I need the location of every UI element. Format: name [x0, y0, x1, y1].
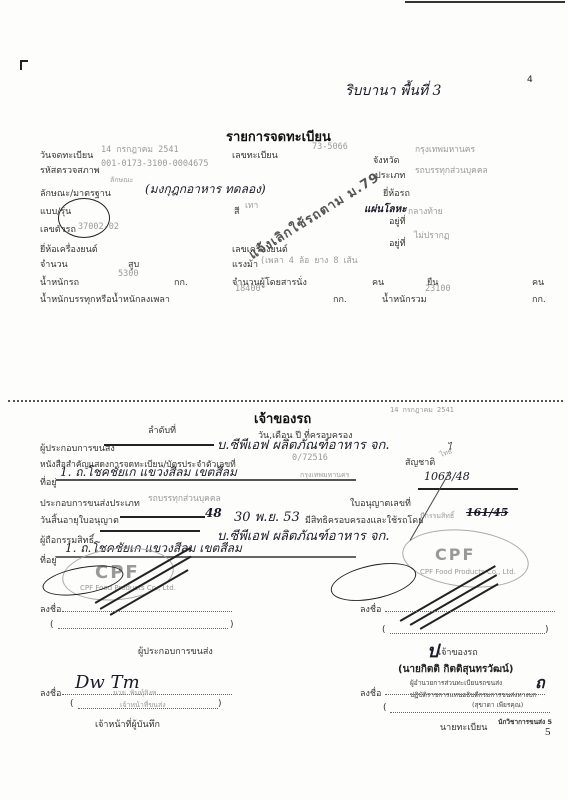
engine-location-label: อยู่ที่ — [389, 236, 406, 250]
officer-sign-label: ลงชื่อ — [40, 686, 61, 700]
owner-role: เจ้าของรถ — [438, 645, 478, 659]
operator-handwritten: บ.ซีพีเอฟ ผลิตภัณฑ์อาหาร จก. — [217, 434, 390, 455]
page-number: 5 — [545, 726, 551, 738]
sequence-label: ลำดับที่ — [148, 423, 176, 437]
engine-location: ไม่ปรากฏ — [414, 228, 449, 242]
vehicle-weight: 5300 — [118, 269, 138, 279]
standing-unit: คน — [532, 275, 544, 289]
character-handwritten: (มงกุฎกอาหาร ทดลอง) — [145, 180, 266, 199]
vehicle-weight-unit: กก. — [174, 275, 188, 289]
strike-line — [104, 444, 214, 446]
total-weight: 23100 — [425, 284, 451, 294]
nationality-label: สัญชาติ — [405, 455, 435, 469]
registrar-initial-mark: ถ — [535, 671, 545, 696]
section-separator — [8, 400, 563, 402]
province-label: จังหวัด — [373, 153, 400, 167]
vehicle-weight-label: น้ำหนักรถ — [40, 275, 79, 289]
owner-name-line[interactable] — [390, 633, 545, 634]
owner-name-paren: ( — [382, 625, 386, 635]
operation-type: รถบรรทุกส่วนบุคคล — [148, 491, 221, 505]
hand-circle — [58, 198, 110, 238]
owner-sign-label: ลงชื่อ — [360, 602, 381, 616]
address-printed: กรุงเทพมหานคร — [300, 470, 349, 481]
officer-position: เจ้าหน้าที่ขนส่ง — [120, 700, 166, 711]
license-no: 161/45 — [466, 506, 508, 519]
plate-number: 73-5066 — [312, 142, 348, 152]
owner-handwritten: บ.ซีพีเอฟ ผลิตภัณฑ์อาหาร จก. — [217, 525, 390, 546]
license-no-label: ใบอนุญาตเลขที่ — [350, 496, 411, 510]
expiry-strike — [120, 516, 205, 518]
registrar-role: นายทะเบียน — [440, 720, 487, 734]
province: กรุงเทพมหานคร — [415, 142, 475, 156]
count-label: จำนวน — [40, 257, 68, 271]
expiry-old: 48 — [205, 506, 222, 520]
corner-mark — [20, 60, 28, 70]
officer-name-paren: ( — [70, 699, 74, 709]
engine-brand-label: ยี่ห้อเครื่องยนต์ — [40, 242, 98, 256]
registrar-verify: (สุขาดา เพียรคุณ) — [472, 700, 523, 710]
registrar-name-paren: ( — [383, 703, 387, 713]
address-label: ที่อยู่ — [40, 475, 57, 489]
color-value: เทา — [245, 198, 258, 212]
license-underline — [418, 488, 518, 490]
signature-stroke — [420, 583, 499, 629]
officer-name: นาย พินทุ์สิงห — [113, 688, 156, 699]
owner-initial-mark: ป — [427, 636, 438, 665]
owner-sign-line[interactable] — [385, 611, 555, 612]
page-marker: 4 — [527, 75, 533, 85]
registrar-verify-position: นักวิชาการขนส่ง 5 — [498, 717, 552, 727]
owner-name-paren-close: ) — [545, 625, 549, 635]
stamp-text-right: CPF Food Products Co., Ltd. — [420, 568, 516, 576]
handwritten-header-note: ริบบานา พื้นที่ 3 — [345, 80, 441, 102]
officer-name-line[interactable] — [78, 708, 218, 709]
plate-label: เลขทะเบียน — [232, 148, 278, 162]
inspection-code-label: รหัสตรวจสภาพ — [40, 163, 100, 177]
load-weight-label: น้ำหนักบรรทุกหรือน้ำหนักลงเพลา — [40, 292, 170, 306]
total-weight-unit: กก. — [532, 292, 546, 306]
passengers-unit: คน — [372, 275, 384, 289]
color-label: สี — [234, 204, 240, 218]
registrar-sign-label: ลงชื่อ — [360, 686, 381, 700]
expiry-handwritten: 30 พ.ย. 53 — [234, 506, 300, 527]
owner-address-label: ที่อยู่ — [40, 553, 57, 567]
top-edge-line — [405, 1, 565, 3]
load-weight-unit: กก. — [333, 292, 347, 306]
character-printed: ลักษณะ — [110, 175, 133, 186]
expiry-label: วันสิ้นอายุใบอนุญาต — [40, 513, 119, 527]
owner-section-title: เจ้าของรถ — [254, 408, 311, 429]
inspection-code: 001-0173-3100-0004675 — [101, 159, 208, 169]
registrar-position-1: ผู้อำนวยการส่วนทะเบียนรถขนส่ง — [410, 678, 502, 688]
total-weight-label: น้ำหนักรวม — [382, 292, 427, 306]
operator-name-paren-close: ) — [230, 620, 234, 630]
operator-sign-label: ลงชื่อ — [40, 602, 61, 616]
operator-name-paren: ( — [50, 620, 54, 630]
operator-sign-line[interactable] — [62, 611, 232, 612]
registrar-name-line[interactable] — [390, 712, 550, 713]
operator-name-line[interactable] — [58, 628, 228, 629]
operation-type-label: ประกอบการขนส่งประเภท — [40, 496, 140, 510]
brand-label: ยี่ห้อรถ — [383, 186, 410, 200]
signature-scribble-right — [327, 556, 419, 607]
stamp-logo-right: CPF — [435, 545, 475, 564]
vehicle-type: รถบรรทุกส่วนบุคคล — [415, 163, 488, 177]
chassis-location: กลางท้าย — [408, 204, 443, 218]
load-weight: 18400 — [235, 284, 261, 294]
owner-strike — [100, 530, 200, 532]
officer-role: เจ้าหน้าที่ผู้บันทึก — [95, 717, 160, 731]
power-value: (เพลา 4 ล้อ ยาง 8 เส้น — [260, 253, 358, 267]
registrar-position-2: ปฏิบัติราชการแทนอธิบดีกรมการขนส่งทางบก — [410, 690, 537, 700]
id-number: 0/72516 — [292, 453, 328, 463]
chassis-location-label: อยู่ที่ — [389, 214, 406, 228]
date-held: 14 กรกฎาคม 2541 — [390, 405, 454, 416]
registration-date: 14 กรกฎาคม 2541 — [101, 142, 179, 156]
registrar-name: (นายกิตติ กิตติสุนทรวัฒน์) — [398, 662, 513, 677]
registration-date-label: วันจดทะเบียน — [40, 148, 93, 162]
operator-role: ผู้ประกอบการขนส่ง — [138, 644, 213, 658]
officer-name-paren-close: ) — [218, 699, 222, 709]
